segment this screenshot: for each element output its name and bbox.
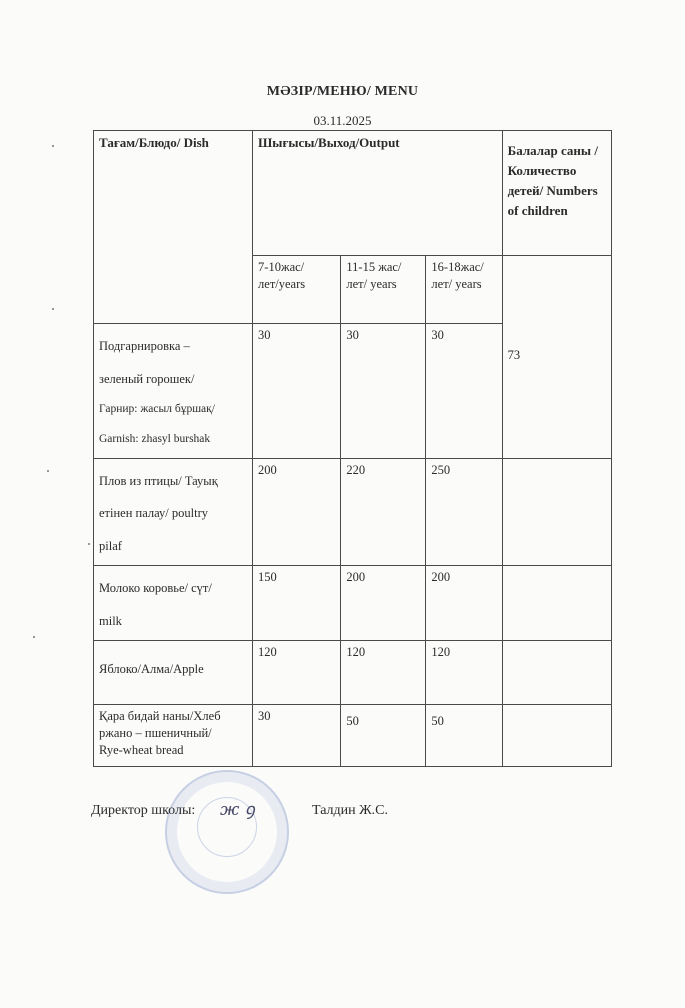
portion-7-10: 30 [253,324,341,459]
scan-speck [33,636,35,638]
dish-line: Rye-wheat bread [99,742,247,759]
portion-7-10: 150 [253,566,341,641]
dish-line: milk [99,605,247,638]
scan-speck [52,308,54,310]
scan-speck [88,543,90,545]
dish-cell: Яблоко/Алма/Apple [94,641,253,705]
age-group-7-10: 7-10жас/лет/years [253,256,341,324]
header-output: Шығысы/Выход/Output [253,131,503,256]
dish-cell: Қара бидай наны/Хлеб ржано – пшеничный/ … [94,705,253,767]
dish-line: Плов из птицы/ Тауық [99,465,247,498]
dish-line: Қара бидай наны/Хлеб [99,708,247,725]
document-title: МӘЗІР/МЕНЮ/ MENU [0,84,685,100]
children-empty-cell [502,705,611,767]
children-empty-cell [502,566,611,641]
portion-16-18: 30 [426,324,502,459]
dish-line: Яблоко/Алма/Apple [99,661,247,678]
children-count: 73 [502,256,611,459]
portion-7-10: 200 [253,458,341,566]
portion-11-15: 50 [341,705,426,767]
dish-line: ржано – пшеничный/ [99,725,247,742]
dish-line: Garnish: zhasyl burshak [99,425,247,455]
portion-16-18: 200 [426,566,502,641]
dish-line: Подгарнировка – [99,330,247,363]
table-row: Қара бидай наны/Хлеб ржано – пшеничный/ … [94,705,612,767]
portion-7-10: 120 [253,641,341,705]
school-stamp-icon [165,770,289,894]
signature-icon: ж ꝯ [220,797,255,820]
age-group-11-15: 11-15 жас/лет/ years [341,256,426,324]
dish-cell: Молоко коровье/ сүт/ milk [94,566,253,641]
scan-speck [52,145,54,147]
table-row: Яблоко/Алма/Apple 120 120 120 [94,641,612,705]
dish-line: Гарнир: жасыл бұршақ/ [99,395,247,425]
portion-7-10: 30 [253,705,341,767]
portion-16-18: 250 [426,458,502,566]
table-header-row: Тағам/Блюдо/ Dish Шығысы/Выход/Output Ба… [94,131,612,256]
age-group-16-18: 16-18жас/лет/ years [426,256,502,324]
dish-line: зеленый горошек/ [99,363,247,396]
menu-table: Тағам/Блюдо/ Dish Шығысы/Выход/Output Ба… [93,130,612,767]
director-label: Директор школы: [91,803,195,819]
dish-cell: Плов из птицы/ Тауық етінен палау/ poult… [94,458,253,566]
document-date: 03.11.2025 [0,113,685,129]
table-row: Плов из птицы/ Тауық етінен палау/ poult… [94,458,612,566]
dish-cell: Подгарнировка – зеленый горошек/ Гарнир:… [94,324,253,459]
dish-line: pilaf [99,530,247,563]
portion-11-15: 30 [341,324,426,459]
scan-speck [47,470,49,472]
children-empty-cell [502,458,611,566]
dish-line: етінен палау/ poultry [99,497,247,530]
header-dish: Тағам/Блюдо/ Dish [94,131,253,324]
portion-16-18: 120 [426,641,502,705]
table-row: Молоко коровье/ сүт/ milk 150 200 200 [94,566,612,641]
portion-11-15: 120 [341,641,426,705]
portion-11-15: 200 [341,566,426,641]
portion-16-18: 50 [426,705,502,767]
portion-11-15: 220 [341,458,426,566]
header-children: Балалар саны /Количество детей/ Numbers … [502,131,611,256]
dish-line: Молоко коровье/ сүт/ [99,572,247,605]
director-name: Талдин Ж.С. [312,803,388,819]
children-empty-cell [502,641,611,705]
